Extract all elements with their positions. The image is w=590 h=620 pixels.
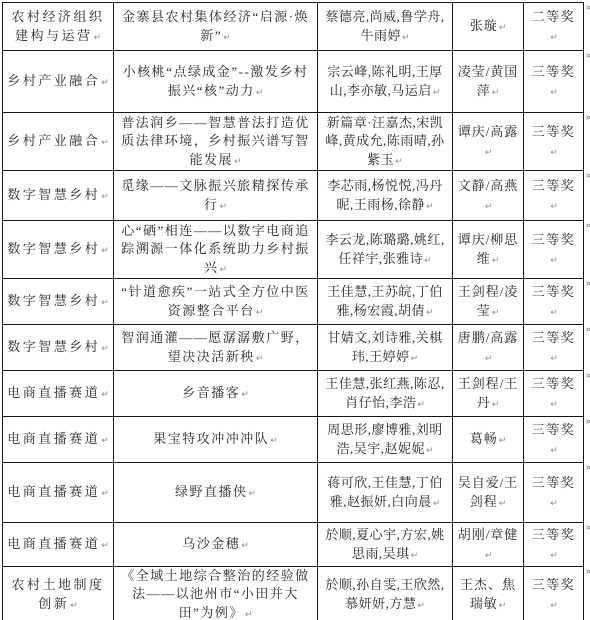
cell-text-wrap: 乡村产业融合↵ bbox=[7, 132, 109, 150]
cell-award: 三等奖↵ bbox=[524, 221, 584, 279]
cell-text-wrap: 王杰、焦瑞敏↵ bbox=[457, 576, 519, 613]
cell-award: 三等奖↵ bbox=[524, 463, 584, 523]
end-of-cell-mark: ↵ bbox=[550, 202, 558, 212]
table-row: 数字智慧乡村↵“针道愈疾”一站式全方位中医资源整合平台↵王佳慧,王苏皖,丁伯雅,… bbox=[3, 279, 584, 325]
members-text: 蔡德亮,尚威,鲁学舟,牛雨婷 bbox=[325, 9, 444, 42]
cell-text-wrap: 凌莹/黄国萍↵ bbox=[457, 63, 519, 100]
end-of-cell-mark: ↵ bbox=[241, 390, 249, 400]
category-text: 数字智慧乡村 bbox=[7, 187, 100, 202]
cell-project: 果宝特攻冲冲冲队↵ bbox=[114, 417, 318, 463]
award-text: 三等奖 bbox=[532, 124, 576, 139]
end-of-cell-mark: ↵ bbox=[485, 202, 493, 212]
cell-text-wrap: 王佳慧,张红燕,陈忍,肖仔怡,李浩↵ bbox=[322, 375, 448, 412]
cell-category: 电商直播赛道↵ bbox=[3, 417, 114, 463]
cell-members: 王佳慧,张红燕,陈忍,肖仔怡,李浩↵ bbox=[318, 371, 453, 417]
cell-text-wrap: 金寨县农村集体经济“启源·焕新”↵ bbox=[118, 8, 313, 45]
project-text: “针道愈疾”一站式全方位中医资源整合平台 bbox=[121, 284, 310, 317]
cell-text-wrap: 宗云峰,陈礼明,王厚山,李亦敏,马运启↵ bbox=[322, 63, 448, 100]
cell-text-wrap: 唐鹏/高露↵ bbox=[457, 329, 519, 366]
end-of-cell-mark: ↵ bbox=[411, 354, 419, 364]
end-of-cell-mark: ↵ bbox=[499, 601, 507, 611]
project-text: 普法润乡——智慧普法打造优质法律环境，乡村振兴谱写智能发展 bbox=[121, 115, 310, 167]
end-of-cell-mark: ↵ bbox=[101, 390, 109, 400]
advisors-text: 凌莹/黄国萍 bbox=[458, 64, 519, 97]
end-of-cell-mark: ↵ bbox=[550, 400, 558, 410]
cell-text-wrap: 胡刚/章健↵ bbox=[457, 526, 519, 563]
table-row: 农村土地制度创新↵《全域土地综合整治的经验做法——以池州市“小田并大田”为例》↵… bbox=[3, 567, 584, 620]
end-of-cell-mark: ↵ bbox=[70, 601, 78, 611]
cell-project: 觅缘——文脉振兴旅精探传承行↵ bbox=[114, 171, 318, 221]
table-row: 农村经济组织建构与运营↵金寨县农村集体经济“启源·焕新”↵蔡德亮,尚威,鲁学舟,… bbox=[3, 3, 584, 51]
award-text: 三等奖 bbox=[532, 284, 576, 299]
cell-text-wrap: 王剑程/凌莹↵ bbox=[457, 283, 519, 320]
end-of-cell-mark: ↵ bbox=[101, 192, 109, 202]
table-row: 乡村产业融合↵普法润乡——智慧普法打造优质法律环境，乡村振兴谱写智能发展↵新篇章… bbox=[3, 113, 584, 171]
category-text: 乡村产业融合 bbox=[7, 73, 100, 88]
end-of-row-mark: ¤ bbox=[586, 524, 590, 532]
cell-text-wrap: 於顺,孙自雯,王欣然,慕妍妍,方慧↵ bbox=[322, 576, 448, 613]
cell-text-wrap: 数字智慧乡村↵ bbox=[7, 240, 109, 258]
award-text: 三等奖 bbox=[532, 64, 576, 79]
category-text: 农村经济组织建构与运营 bbox=[11, 9, 104, 42]
end-of-cell-mark: ↵ bbox=[101, 436, 109, 446]
end-of-cell-mark: ↵ bbox=[234, 157, 242, 167]
award-text: 三等奖 bbox=[532, 422, 576, 437]
end-of-cell-mark: ↵ bbox=[93, 33, 101, 43]
end-of-cell-mark: ↵ bbox=[411, 551, 419, 561]
cell-award: 三等奖↵ bbox=[524, 113, 584, 171]
cell-text-wrap: 甘婧文,刘诗雅,关棋玮,王婷婷↵ bbox=[322, 329, 448, 366]
end-of-cell-mark: ↵ bbox=[395, 157, 403, 167]
cell-text-wrap: 小核桃“点绿成金”--激发乡村振兴“核”动力↵ bbox=[118, 63, 313, 100]
cell-text-wrap: 三等奖↵ bbox=[528, 123, 579, 160]
cell-text-wrap: 电商直播赛道↵ bbox=[7, 384, 109, 402]
cell-advisors: 葛畅↵ bbox=[453, 417, 524, 463]
cell-award: 三等奖↵ bbox=[524, 567, 584, 620]
end-of-cell-mark: ↵ bbox=[550, 499, 558, 509]
cell-text-wrap: 电商直播赛道↵ bbox=[7, 483, 109, 501]
end-of-cell-mark: ↵ bbox=[550, 601, 558, 611]
table-row: 数字智慧乡村↵觅缘——文脉振兴旅精探传承行↵李芯雨,杨悦悦,冯丹昵,王雨杨,徐静… bbox=[3, 171, 584, 221]
cell-text-wrap: 绿野直播侠↵ bbox=[175, 483, 256, 501]
members-text: 新篇章·汪嘉杰,宋凯峰,黄成允,陈雨晴,孙紫玉 bbox=[325, 115, 444, 167]
project-text: 觅缘——文脉振兴旅精探传承行 bbox=[121, 178, 310, 211]
cell-text-wrap: 数字智慧乡村↵ bbox=[7, 186, 109, 204]
cell-text-wrap: 农村经济组织建构与运营↵ bbox=[7, 8, 109, 45]
award-text: 三等奖 bbox=[532, 527, 576, 542]
cell-category: 农村土地制度创新↵ bbox=[3, 567, 114, 620]
cell-advisors: 张璇↵ bbox=[453, 3, 524, 51]
cell-text-wrap: 乡音播客↵ bbox=[182, 384, 249, 402]
advisors-text: 谭庆/高露 bbox=[458, 124, 519, 139]
cell-members: 李云龙,陈璐璐,姚红,任祥宇,张雅诗↵ bbox=[318, 221, 453, 279]
end-of-cell-mark: ↵ bbox=[219, 202, 227, 212]
end-of-cell-mark: ↵ bbox=[270, 436, 278, 446]
cell-category: 电商直播赛道↵ bbox=[3, 371, 114, 417]
cell-category: 电商直播赛道↵ bbox=[3, 463, 114, 523]
cell-text-wrap: 三等奖↵ bbox=[528, 177, 579, 214]
cell-text-wrap: 谭庆/柳思维↵ bbox=[457, 231, 519, 268]
cell-text-wrap: 三等奖↵ bbox=[528, 474, 579, 511]
end-of-row-mark: ¤ bbox=[586, 172, 590, 180]
cell-text-wrap: 吴自爱/王剑程↵ bbox=[457, 474, 519, 511]
category-text: 电商直播赛道 bbox=[7, 536, 100, 551]
table-row: 数字智慧乡村↵智润通灌——愿潺潺敷广野，望决决活新秧↵甘婧文,刘诗雅,关棋玮,王… bbox=[3, 325, 584, 371]
award-text: 二等奖 bbox=[532, 9, 576, 24]
end-of-cell-mark: ↵ bbox=[256, 88, 264, 98]
cell-project: 乡音播客↵ bbox=[114, 371, 318, 417]
cell-text-wrap: 王佳慧,王苏皖,丁伯雅,杨宏霞,胡倩↵ bbox=[322, 283, 448, 320]
cell-text-wrap: 心“硒”相连——以数字电商追踪溯源一体化系统助力乡村振兴↵ bbox=[118, 222, 313, 277]
cell-text-wrap: 觅缘——文脉振兴旅精探传承行↵ bbox=[118, 177, 313, 214]
cell-text-wrap: 三等奖↵ bbox=[528, 63, 579, 100]
cell-text-wrap: 三等奖↵ bbox=[528, 421, 579, 458]
end-of-cell-mark: ↵ bbox=[101, 138, 109, 148]
advisors-text: 文静/高燕 bbox=[458, 178, 519, 193]
award-text: 三等奖 bbox=[532, 475, 576, 490]
cell-text-wrap: 李云龙,陈璐璐,姚红,任祥宇,张雅诗↵ bbox=[322, 231, 448, 268]
project-text: 绿野直播侠 bbox=[175, 484, 248, 499]
end-of-row-mark: ¤ bbox=[586, 326, 590, 334]
cell-award: 三等奖↵ bbox=[524, 325, 584, 371]
advisors-text: 王杰、焦瑞敏 bbox=[460, 577, 516, 610]
members-text: 於顺,孙自雯,王欣然,慕妍妍,方慧 bbox=[325, 577, 444, 610]
category-text: 电商直播赛道 bbox=[7, 431, 100, 446]
award-text: 三等奖 bbox=[532, 577, 576, 592]
cell-text-wrap: 李芯雨,杨悦悦,冯丹昵,王雨杨,徐静↵ bbox=[322, 177, 448, 214]
cell-text-wrap: 新篇章·汪嘉杰,宋凯峰,黄成允,陈雨晴,孙紫玉↵ bbox=[322, 114, 448, 169]
project-text: 果宝特攻冲冲冲队 bbox=[153, 431, 269, 446]
cell-category: 数字智慧乡村↵ bbox=[3, 221, 114, 279]
cell-advisors: 文静/高燕↵ bbox=[453, 171, 524, 221]
cell-award: 三等奖↵ bbox=[524, 417, 584, 463]
end-of-cell-mark: ↵ bbox=[492, 308, 500, 318]
end-of-cell-mark: ↵ bbox=[248, 489, 256, 499]
cell-project: 小核桃“点绿成金”--激发乡村振兴“核”动力↵ bbox=[114, 51, 318, 113]
advisors-text: 谭庆/柳思维 bbox=[458, 232, 519, 265]
end-of-cell-mark: ↵ bbox=[417, 601, 425, 611]
cell-project: 《全域土地综合整治的经验做法——以池州市“小田并大田”为例》↵ bbox=[114, 567, 318, 620]
end-of-cell-mark: ↵ bbox=[219, 265, 227, 275]
project-text: 《全域土地综合整治的经验做法——以池州市“小田并大田”为例》 bbox=[121, 568, 310, 620]
cell-members: 新篇章·汪嘉杰,宋凯峰,黄成允,陈雨晴,孙紫玉↵ bbox=[318, 113, 453, 171]
end-of-row-mark: ¤ bbox=[586, 4, 590, 12]
award-text: 三等奖 bbox=[532, 178, 576, 193]
cell-category: 数字智慧乡村↵ bbox=[3, 279, 114, 325]
table-row: 电商直播赛道↵果宝特攻冲冲冲队↵周思形,廖博雅,刘明浩,吴宇,赵妮妮↵葛畅↵三等… bbox=[3, 417, 584, 463]
cell-members: 蒋可欣,王佳慧,丁伯雅,赵振妍,白向晨↵ bbox=[318, 463, 453, 523]
cell-members: 於顺,夏心宇,方宏,姚思雨,吴琪↵ bbox=[318, 523, 453, 567]
advisors-text: 王剑程/王丹 bbox=[458, 376, 519, 409]
end-of-row-mark: ¤ bbox=[586, 222, 590, 230]
end-of-cell-mark: ↵ bbox=[550, 446, 558, 456]
cell-advisors: 谭庆/高露↵ bbox=[453, 113, 524, 171]
end-of-cell-mark: ↵ bbox=[492, 88, 500, 98]
cell-text-wrap: 蔡德亮,尚威,鲁学舟,牛雨婷↵ bbox=[322, 8, 448, 45]
end-of-cell-mark: ↵ bbox=[550, 354, 558, 364]
cell-category: 农村经济组织建构与运营↵ bbox=[3, 3, 114, 51]
cell-text-wrap: 蒋可欣,王佳慧,丁伯雅,赵振妍,白向晨↵ bbox=[322, 474, 448, 511]
advisors-text: 吴自爱/王剑程 bbox=[458, 475, 519, 508]
cell-project: 心“硒”相连——以数字电商追踪溯源一体化系统助力乡村振兴↵ bbox=[114, 221, 318, 279]
award-text: 三等奖 bbox=[532, 330, 576, 345]
cell-text-wrap: 智润通灌——愿潺潺敷广野，望决决活新秧↵ bbox=[118, 329, 313, 366]
cell-members: 宗云峰,陈礼明,王厚山,李亦敏,马运启↵ bbox=[318, 51, 453, 113]
category-text: 乡村产业融合 bbox=[7, 133, 100, 148]
cell-advisors: 王剑程/王丹↵ bbox=[453, 371, 524, 417]
members-text: 甘婧文,刘诗雅,关棋玮,王婷婷 bbox=[327, 330, 443, 363]
table-row: 乡村产业融合↵小核桃“点绿成金”--激发乡村振兴“核”动力↵宗云峰,陈礼明,王厚… bbox=[3, 51, 584, 113]
cell-text-wrap: 三等奖↵ bbox=[528, 576, 579, 613]
end-of-cell-mark: ↵ bbox=[101, 541, 109, 551]
cell-category: 数字智慧乡村↵ bbox=[3, 325, 114, 371]
cell-text-wrap: 王剑程/王丹↵ bbox=[457, 375, 519, 412]
category-text: 数字智慧乡村 bbox=[7, 293, 100, 308]
cell-text-wrap: 谭庆/高露↵ bbox=[457, 123, 519, 160]
category-text: 电商直播赛道 bbox=[7, 385, 100, 400]
cell-text-wrap: 葛畅↵ bbox=[470, 430, 507, 448]
cell-award: 三等奖↵ bbox=[524, 279, 584, 325]
cell-text-wrap: 电商直播赛道↵ bbox=[7, 430, 109, 448]
cell-text-wrap: 三等奖↵ bbox=[528, 231, 579, 268]
end-of-cell-mark: ↵ bbox=[550, 88, 558, 98]
cell-members: 蔡德亮,尚威,鲁学舟,牛雨婷↵ bbox=[318, 3, 453, 51]
end-of-cell-mark: ↵ bbox=[550, 308, 558, 318]
members-text: 蒋可欣,王佳慧,丁伯雅,赵振妍,白向晨 bbox=[327, 475, 443, 508]
cell-category: 乡村产业融合↵ bbox=[3, 51, 114, 113]
category-text: 农村土地制度创新 bbox=[11, 577, 104, 610]
end-of-row-mark: ¤ bbox=[586, 464, 590, 472]
cell-text-wrap: 三等奖↵ bbox=[528, 329, 579, 366]
table-row: 电商直播赛道↵绿野直播侠↵蒋可欣,王佳慧,丁伯雅,赵振妍,白向晨↵吴自爱/王剑程… bbox=[3, 463, 584, 523]
end-of-cell-mark: ↵ bbox=[426, 308, 434, 318]
end-of-cell-mark: ↵ bbox=[101, 78, 109, 88]
end-of-cell-mark: ↵ bbox=[550, 33, 558, 43]
end-of-cell-mark: ↵ bbox=[492, 400, 500, 410]
end-of-cell-mark: ↵ bbox=[499, 436, 507, 446]
cell-award: 二等奖↵ bbox=[524, 3, 584, 51]
project-text: 乌沙金穗 bbox=[182, 536, 240, 551]
award-text: 三等奖 bbox=[532, 232, 576, 247]
cell-advisors: 谭庆/柳思维↵ bbox=[453, 221, 524, 279]
end-of-cell-mark: ↵ bbox=[499, 23, 507, 33]
end-of-cell-mark: ↵ bbox=[101, 489, 109, 499]
cell-text-wrap: 周思形,廖博雅,刘明浩,吴宇,赵妮妮↵ bbox=[322, 421, 448, 458]
cell-text-wrap: 三等奖↵ bbox=[528, 526, 579, 563]
end-of-cell-mark: ↵ bbox=[426, 202, 434, 212]
end-of-cell-mark: ↵ bbox=[499, 499, 507, 509]
end-of-row-mark: ¤ bbox=[586, 372, 590, 380]
end-of-row-mark: ¤ bbox=[586, 418, 590, 426]
cell-category: 数字智慧乡村↵ bbox=[3, 171, 114, 221]
cell-text-wrap: 三等奖↵ bbox=[528, 375, 579, 412]
cell-text-wrap: 乌沙金穗↵ bbox=[182, 535, 249, 553]
cell-category: 乡村产业融合↵ bbox=[3, 113, 114, 171]
end-of-cell-mark: ↵ bbox=[426, 446, 434, 456]
cell-award: 三等奖↵ bbox=[524, 171, 584, 221]
cell-text-wrap: 乡村产业融合↵ bbox=[7, 72, 109, 90]
end-of-cell-mark: ↵ bbox=[101, 344, 109, 354]
advisors-text: 唐鹏/高露 bbox=[458, 330, 519, 345]
table-row: 电商直播赛道↵乡音播客↵王佳慧,张红燕,陈忍,肖仔怡,李浩↵王剑程/王丹↵三等奖… bbox=[3, 371, 584, 417]
end-of-cell-mark: ↵ bbox=[223, 33, 231, 43]
cell-text-wrap: 《全域土地综合整治的经验做法——以池州市“小田并大田”为例》↵ bbox=[118, 567, 313, 620]
cell-text-wrap: 三等奖↵ bbox=[528, 283, 579, 320]
members-text: 王佳慧,张红燕,陈忍,肖仔怡,李浩 bbox=[325, 376, 444, 409]
cell-text-wrap: 文静/高燕↵ bbox=[457, 177, 519, 214]
cell-text-wrap: 普法润乡——智慧普法打造优质法律环境，乡村振兴谱写智能发展↵ bbox=[118, 114, 313, 169]
cell-project: 智润通灌——愿潺潺敷广野，望决决活新秧↵ bbox=[114, 325, 318, 371]
advisors-text: 胡刚/章健 bbox=[458, 527, 519, 542]
end-of-cell-mark: ↵ bbox=[485, 551, 493, 561]
cell-project: 金寨县农村集体经济“启源·焕新”↵ bbox=[114, 3, 318, 51]
table-row: 数字智慧乡村↵心“硒”相连——以数字电商追踪溯源一体化系统助力乡村振兴↵李云龙,… bbox=[3, 221, 584, 279]
end-of-row-mark: ¤ bbox=[586, 114, 590, 122]
awards-table: 农村经济组织建构与运营↵金寨县农村集体经济“启源·焕新”↵蔡德亮,尚威,鲁学舟,… bbox=[2, 2, 584, 620]
project-text: 金寨县农村集体经济“启源·焕新” bbox=[122, 9, 309, 42]
end-of-cell-mark: ↵ bbox=[550, 148, 558, 158]
cell-text-wrap: 果宝特攻冲冲冲队↵ bbox=[153, 430, 278, 448]
project-text: 智润通灌——愿潺潺敷广野，望决决活新秧 bbox=[121, 330, 310, 363]
members-text: 於顺,夏心宇,方宏,姚思雨,吴琪 bbox=[325, 527, 444, 560]
end-of-cell-mark: ↵ bbox=[417, 400, 425, 410]
end-of-cell-mark: ↵ bbox=[485, 354, 493, 364]
cell-award: 三等奖↵ bbox=[524, 51, 584, 113]
cell-advisors: 凌莹/黄国萍↵ bbox=[453, 51, 524, 113]
category-text: 数字智慧乡村 bbox=[7, 339, 100, 354]
end-of-row-mark: ¤ bbox=[586, 52, 590, 60]
cell-text-wrap: 数字智慧乡村↵ bbox=[7, 292, 109, 310]
cell-members: 於顺,孙自雯,王欣然,慕妍妍,方慧↵ bbox=[318, 567, 453, 620]
cell-advisors: 王剑程/凌莹↵ bbox=[453, 279, 524, 325]
end-of-cell-mark: ↵ bbox=[256, 308, 264, 318]
cell-award: 三等奖↵ bbox=[524, 371, 584, 417]
cell-members: 李芯雨,杨悦悦,冯丹昵,王雨杨,徐静↵ bbox=[318, 171, 453, 221]
cell-advisors: 王杰、焦瑞敏↵ bbox=[453, 567, 524, 620]
cell-advisors: 吴自爱/王剑程↵ bbox=[453, 463, 524, 523]
members-text: 宗云峰,陈礼明,王厚山,李亦敏,马运启 bbox=[327, 64, 443, 97]
cell-text-wrap: 张璇↵ bbox=[470, 17, 507, 35]
cell-members: 周思形,廖博雅,刘明浩,吴宇,赵妮妮↵ bbox=[318, 417, 453, 463]
end-of-cell-mark: ↵ bbox=[402, 33, 410, 43]
end-of-cell-mark: ↵ bbox=[492, 256, 500, 266]
end-of-cell-mark: ↵ bbox=[241, 541, 249, 551]
cell-category: 电商直播赛道↵ bbox=[3, 523, 114, 567]
document-page: 农村经济组织建构与运营↵金寨县农村集体经济“启源·焕新”↵蔡德亮,尚威,鲁学舟,… bbox=[0, 0, 590, 620]
advisors-text: 王剑程/凌莹 bbox=[458, 284, 519, 317]
end-of-row-mark: ¤ bbox=[586, 568, 590, 576]
end-of-cell-mark: ↵ bbox=[550, 551, 558, 561]
cell-text-wrap: 农村土地制度创新↵ bbox=[7, 576, 109, 613]
cell-project: “针道愈疾”一站式全方位中医资源整合平台↵ bbox=[114, 279, 318, 325]
cell-project: 乌沙金穗↵ bbox=[114, 523, 318, 567]
cell-text-wrap: 数字智慧乡村↵ bbox=[7, 338, 109, 356]
cell-project: 普法润乡——智慧普法打造优质法律环境，乡村振兴谱写智能发展↵ bbox=[114, 113, 318, 171]
end-of-cell-mark: ↵ bbox=[550, 256, 558, 266]
end-of-cell-mark: ↵ bbox=[101, 298, 109, 308]
end-of-cell-mark: ↵ bbox=[485, 148, 493, 158]
project-text: 小核桃“点绿成金”--激发乡村振兴“核”动力 bbox=[123, 64, 309, 97]
cell-members: 王佳慧,王苏皖,丁伯雅,杨宏霞,胡倩↵ bbox=[318, 279, 453, 325]
end-of-cell-mark: ↵ bbox=[424, 256, 432, 266]
category-text: 数字智慧乡村 bbox=[7, 241, 100, 256]
advisors-text: 葛畅 bbox=[470, 431, 498, 446]
end-of-cell-mark: ↵ bbox=[433, 88, 441, 98]
cell-text-wrap: 电商直播赛道↵ bbox=[7, 535, 109, 553]
cell-text-wrap: 於顺,夏心宇,方宏,姚思雨,吴琪↵ bbox=[322, 526, 448, 563]
cell-text-wrap: “针道愈疾”一站式全方位中医资源整合平台↵ bbox=[118, 283, 313, 320]
cell-members: 甘婧文,刘诗雅,关棋玮,王婷婷↵ bbox=[318, 325, 453, 371]
cell-award: 三等奖↵ bbox=[524, 523, 584, 567]
cell-advisors: 唐鹏/高露↵ bbox=[453, 325, 524, 371]
category-text: 电商直播赛道 bbox=[7, 484, 100, 499]
advisors-text: 张璇 bbox=[470, 18, 498, 33]
project-text: 乡音播客 bbox=[182, 385, 240, 400]
project-text: 心“硒”相连——以数字电商追踪溯源一体化系统助力乡村振兴 bbox=[121, 223, 310, 275]
end-of-cell-mark: ↵ bbox=[256, 354, 264, 364]
cell-project: 绿野直播侠↵ bbox=[114, 463, 318, 523]
cell-text-wrap: 二等奖↵ bbox=[528, 8, 579, 45]
end-of-cell-mark: ↵ bbox=[433, 499, 441, 509]
cell-advisors: 胡刚/章健↵ bbox=[453, 523, 524, 567]
table-row: 电商直播赛道↵乌沙金穗↵於顺,夏心宇,方宏,姚思雨,吴琪↵胡刚/章健↵三等奖↵¤ bbox=[3, 523, 584, 567]
end-of-cell-mark: ↵ bbox=[101, 246, 109, 256]
end-of-row-mark: ¤ bbox=[586, 280, 590, 288]
award-text: 三等奖 bbox=[532, 376, 576, 391]
end-of-cell-mark: ↵ bbox=[245, 610, 253, 620]
